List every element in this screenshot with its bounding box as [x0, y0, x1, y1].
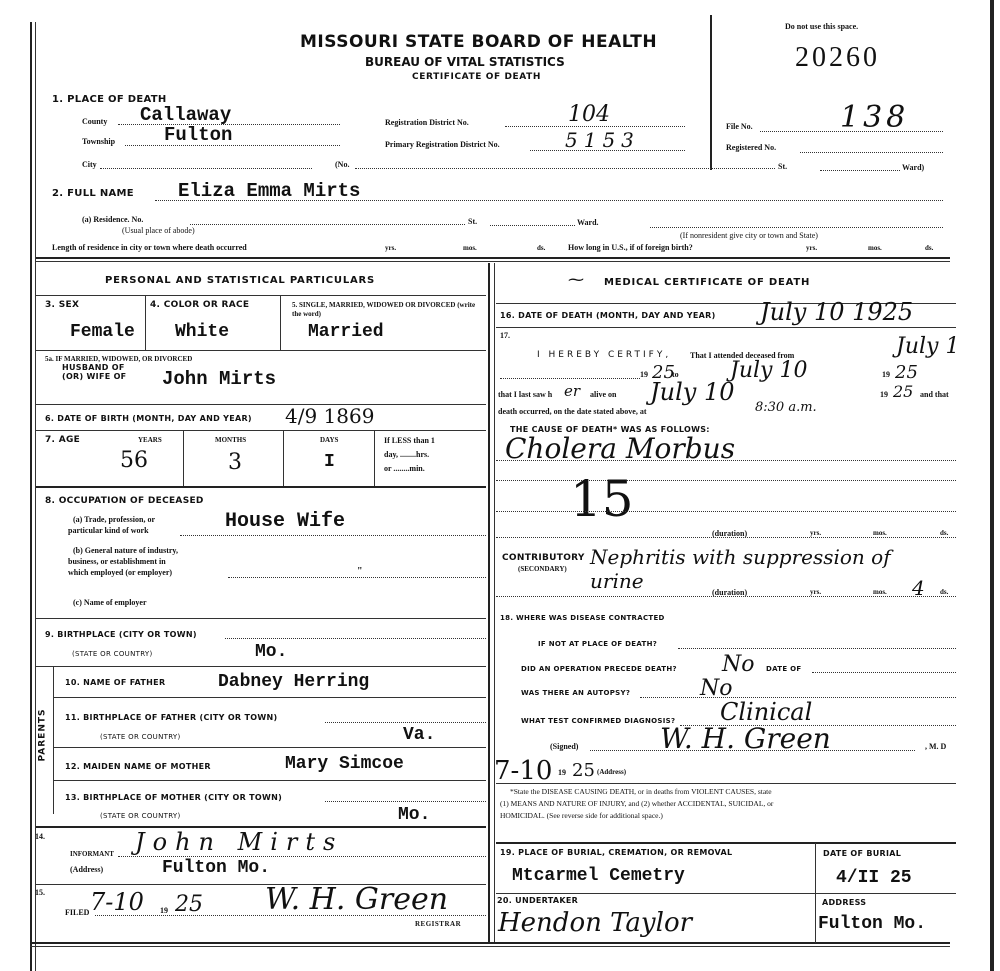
- contributory-mos: mos.: [873, 588, 887, 596]
- certify-text: I HEREBY CERTIFY,: [537, 350, 671, 360]
- left-border-inner: [35, 22, 36, 971]
- industry-label-2: business, or establishment in: [68, 557, 166, 566]
- rule-age: [36, 486, 486, 488]
- rule-spouse: [36, 404, 486, 405]
- rule-dob: [36, 430, 486, 431]
- county-label: County: [82, 117, 107, 126]
- birthplace-label: 9. BIRTHPLACE (CITY OR TOWN): [45, 630, 197, 639]
- contributory-duration-line: [496, 596, 956, 597]
- footnote-1: *State the DISEASE CAUSING DEATH, or in …: [510, 787, 772, 796]
- operation-value: No: [722, 652, 755, 677]
- last-saw-year-prefix: 19: [880, 390, 888, 399]
- medical-check-mark: ⁓: [568, 270, 584, 289]
- residence-sub: (Usual place of abode): [122, 226, 195, 235]
- not-at-place-line: [678, 648, 956, 649]
- rule-burial: [496, 893, 956, 894]
- primary-reg-label: Primary Registration District No.: [385, 140, 500, 149]
- last-saw-date: July 10: [650, 378, 734, 406]
- residence-line: [190, 224, 465, 225]
- header-divider: [710, 15, 712, 170]
- township-line: [125, 145, 340, 146]
- contracted-label: 18. WHERE WAS DISEASE CONTRACTED: [500, 614, 665, 622]
- full-name-label: 2. FULL NAME: [52, 188, 134, 199]
- last-saw-label: that I last saw h: [498, 390, 552, 399]
- attended-from: July 1: [896, 334, 959, 359]
- rule-mother: [54, 780, 486, 781]
- informant-address-label: (Address): [70, 865, 103, 874]
- dob-label: 6. DATE OF BIRTH (MONTH, DAY AND YEAR): [45, 414, 252, 423]
- reserved-note: Do not use this space.: [785, 22, 858, 31]
- attended-to: July 10: [730, 358, 807, 383]
- mother-bp-label: 13. BIRTHPLACE OF MOTHER (CITY OR TOWN): [65, 793, 282, 802]
- nonresident-line: [650, 227, 943, 228]
- spouse-value: John Mirts: [162, 368, 276, 390]
- footnote-3: HOMICIDAL. (See reverse side for additio…: [500, 811, 663, 820]
- personal-section-title: PERSONAL AND STATISTICAL PARTICULARS: [105, 275, 375, 286]
- father-bp-label: 11. BIRTHPLACE OF FATHER (CITY OR TOWN): [65, 713, 277, 722]
- informant-line: [118, 856, 486, 857]
- industry-line: [228, 577, 486, 578]
- employer-label: (c) Name of employer: [73, 598, 147, 607]
- last-saw-year: 25: [893, 382, 913, 401]
- city-no-label: (No.: [335, 160, 349, 169]
- cause-value: Cholera Morbus: [505, 432, 735, 465]
- cause-duration-note: 15: [570, 470, 634, 528]
- birthplace-state-label: (STATE OR COUNTRY): [72, 650, 153, 658]
- race-label: 4. COLOR OR RACE: [150, 300, 249, 310]
- dob-value: 4/9 1869: [285, 404, 374, 428]
- date-of-label: DATE OF: [766, 665, 802, 673]
- contributory-ds: ds.: [940, 588, 948, 596]
- form-title: MISSOURI STATE BOARD OF HEALTH: [300, 32, 657, 52]
- filed-label: FILED: [65, 908, 89, 917]
- cause-line-3: [496, 511, 956, 512]
- left-border: [30, 22, 32, 971]
- bottom-rule: [30, 942, 950, 944]
- residence-label: (a) Residence. No.: [82, 215, 143, 224]
- registrar-label: REGISTRAR: [415, 920, 461, 928]
- contributory-yrs: yrs.: [810, 588, 821, 596]
- contributory-label: CONTRIBUTORY: [502, 553, 585, 563]
- filed-year-prefix: 19: [160, 906, 168, 915]
- rule-birthplace: [36, 666, 486, 667]
- city-label: City: [82, 160, 97, 169]
- burial-label: 19. PLACE OF BURIAL, CREMATION, OR REMOV…: [500, 848, 732, 857]
- age-div-2: [283, 431, 284, 486]
- birthplace-state-value: Mo.: [255, 642, 287, 662]
- rule-signed: [496, 783, 956, 784]
- race-value: White: [175, 322, 229, 342]
- filed-num: 15.: [35, 888, 45, 897]
- father-value: Dabney Herring: [218, 672, 369, 692]
- secondary-label: (SECONDARY): [518, 565, 567, 573]
- physician-signature: W. H. Green: [660, 722, 831, 755]
- birthplace-line: [225, 638, 486, 639]
- form-subtitle: BUREAU OF VITAL STATISTICS: [365, 55, 565, 69]
- spouse-label-1: 5a. IF MARRIED, WIDOWED, OR DIVORCED: [45, 355, 192, 363]
- signed-address-label: (Address): [597, 768, 626, 776]
- less-label-1: If LESS than 1: [384, 436, 435, 445]
- dod-label: 16. DATE OF DEATH (MONTH, DAY AND YEAR): [500, 311, 716, 320]
- occupation-label: 8. OCCUPATION OF DECEASED: [45, 496, 204, 506]
- undertaker-address-value: Fulton Mo.: [818, 914, 926, 934]
- burial-value: Mtcarmel Cemetry: [512, 866, 685, 886]
- industry-label-3: which employed (or employer): [68, 568, 172, 577]
- form-doc-type: CERTIFICATE OF DEATH: [412, 72, 541, 82]
- filed-date-value: 7-10: [90, 888, 144, 916]
- foreign-birth-label: How long in U.S., if of foreign birth?: [568, 243, 693, 252]
- race-marital-divider: [280, 296, 281, 350]
- to-year-prefix: 19: [882, 370, 890, 379]
- file-no-label: File No.: [726, 122, 753, 131]
- from-year-prefix: 19: [640, 370, 648, 379]
- last-saw-her: er: [564, 382, 580, 400]
- footnote-2: (1) MEANS AND NATURE OF INJURY, and (2) …: [500, 799, 773, 808]
- foreign-yrs: yrs.: [806, 244, 817, 252]
- months-label: MONTHS: [215, 436, 246, 444]
- cause-yrs: yrs.: [810, 529, 821, 537]
- industry-value: ": [357, 566, 363, 577]
- parents-divider: [53, 666, 54, 814]
- less-label-2: day, ........hrs.: [384, 450, 429, 459]
- informant-label: INFORMANT: [70, 850, 114, 858]
- mother-bp-line: [325, 801, 486, 802]
- reg-district-label: Registration District No.: [385, 118, 469, 127]
- county-value: Callaway: [140, 104, 231, 126]
- residence-ward-line: [490, 225, 575, 226]
- rule-footnote: [496, 842, 956, 844]
- not-at-place-label: IF NOT AT PLACE OF DEATH?: [538, 640, 657, 648]
- age-div-3: [374, 431, 375, 486]
- registered-no-line: [800, 152, 943, 153]
- marital-value: Married: [308, 322, 384, 342]
- registered-no-label: Registered No.: [726, 143, 776, 152]
- trade-line: [180, 535, 486, 536]
- center-divider: [488, 263, 490, 943]
- sex-label: 3. SEX: [45, 300, 79, 310]
- city-ward-label: Ward): [902, 163, 924, 172]
- cause-ds: ds.: [940, 529, 948, 537]
- trade-value: House Wife: [225, 510, 345, 533]
- length-mos: mos.: [463, 244, 477, 252]
- dod-value: July 10 1925: [760, 298, 913, 326]
- and-that-label: and that: [920, 390, 949, 399]
- undertaker-label: 20. UNDERTAKER: [497, 896, 578, 905]
- residence-ward-label: Ward.: [577, 218, 599, 227]
- father-bp-state-label: (STATE OR COUNTRY): [100, 733, 181, 741]
- days-value: I: [324, 452, 335, 472]
- mother-value: Mary Simcoe: [285, 754, 404, 774]
- years-label: YEARS: [138, 436, 162, 444]
- reg-district-value: 104: [568, 102, 610, 127]
- rule-dod: [496, 327, 956, 328]
- signed-year: 25: [572, 760, 595, 781]
- father-bp-state-value: Va.: [403, 725, 435, 745]
- sex-race-divider: [145, 296, 146, 350]
- age-div-1: [183, 431, 184, 486]
- from-line: [500, 378, 640, 379]
- rule-sex: [36, 350, 486, 351]
- township-label: Township: [82, 137, 115, 146]
- top-section-rule-2: [36, 261, 950, 262]
- occurred-label: death occurred, on the date stated above…: [498, 407, 647, 416]
- parents-side-label: PARENTS: [37, 709, 47, 762]
- father-label: 10. NAME OF FATHER: [65, 678, 165, 687]
- file-no-value: 138: [840, 100, 909, 135]
- contributory-value: Nephritis with suppression of urine: [590, 545, 950, 593]
- cause-mos: mos.: [873, 529, 887, 537]
- city-no-line: [355, 168, 775, 169]
- to-year: 25: [895, 362, 918, 383]
- length-ds: ds.: [537, 244, 545, 252]
- years-value: 56: [120, 448, 148, 473]
- top-section-rule: [36, 257, 950, 259]
- township-value: Fulton: [164, 124, 232, 146]
- informant-num: 14.: [35, 832, 45, 841]
- date-of-line: [812, 672, 956, 673]
- burial-date-label: DATE OF BURIAL: [823, 849, 901, 858]
- mother-label: 12. MAIDEN NAME OF MOTHER: [65, 762, 211, 771]
- industry-label-1: (b) General nature of industry,: [73, 546, 178, 555]
- age-label: 7. AGE: [45, 435, 80, 445]
- undertaker-value: Hendon Taylor: [498, 908, 692, 938]
- trade-label-2: particular kind of work: [68, 526, 149, 535]
- mother-bp-state-label: (STATE OR COUNTRY): [100, 812, 181, 820]
- alive-label: alive on: [590, 390, 616, 399]
- medical-section-title: MEDICAL CERTIFICATE OF DEATH: [604, 277, 810, 288]
- item-17: 17.: [500, 331, 510, 340]
- mother-bp-state-value: Mo.: [398, 805, 430, 825]
- autopsy-label: WAS THERE AN AUTOPSY?: [521, 689, 630, 697]
- sex-value: Female: [70, 322, 135, 342]
- days-label: DAYS: [320, 436, 338, 444]
- md-label: , M. D: [925, 742, 946, 751]
- rule-father: [54, 697, 486, 698]
- burial-date-value: 4/II 25: [836, 868, 912, 888]
- trade-label-1: (a) Trade, profession, or: [73, 515, 155, 524]
- foreign-mos: mos.: [868, 244, 882, 252]
- rule-father-bp: [54, 747, 486, 748]
- residence-st-label: St.: [468, 217, 477, 226]
- signed-label: (Signed): [550, 742, 578, 751]
- months-value: 3: [228, 450, 242, 475]
- informant-value: John Mirts: [135, 828, 343, 856]
- filed-year-value: 25: [175, 892, 203, 917]
- certificate-number: 20260: [795, 42, 880, 74]
- death-time: 8:30 a.m.: [755, 400, 817, 415]
- foreign-ds: ds.: [925, 244, 933, 252]
- primary-reg-value: 5153: [565, 128, 640, 152]
- bottom-rule-2: [30, 946, 950, 947]
- contributory-duration-mos: 4: [912, 576, 925, 600]
- length-residence-label: Length of residence in city or town wher…: [52, 243, 247, 252]
- operation-label: DID AN OPERATION PRECEDE DEATH?: [521, 665, 677, 673]
- signed-year-prefix: 19: [558, 768, 566, 777]
- cause-duration-line: [496, 537, 956, 538]
- father-bp-line: [325, 722, 486, 723]
- spouse-label-2: HUSBAND OF: [62, 363, 125, 372]
- signed-date: 7-10: [494, 756, 552, 786]
- nonresident-note: (If nonresident give city or town and St…: [680, 231, 818, 240]
- full-name-value: Eliza Emma Mirts: [178, 180, 360, 202]
- less-label-3: or ........min.: [384, 464, 425, 473]
- registrar-signature: W. H. Green: [265, 882, 448, 917]
- marital-label: 5. SINGLE, MARRIED, WIDOWED OR DIVORCED …: [292, 301, 477, 319]
- rule-personal-title: [36, 295, 486, 296]
- spouse-label-3: (OR) WIFE OF: [62, 372, 126, 381]
- rule-occupation: [36, 618, 486, 619]
- city-ward-line: [820, 170, 900, 171]
- cause-line-2: [496, 480, 956, 481]
- center-divider-2: [494, 263, 495, 943]
- length-yrs: yrs.: [385, 244, 396, 252]
- test-label: WHAT TEST CONFIRMED DIAGNOSIS?: [521, 717, 675, 725]
- city-line: [100, 168, 312, 169]
- informant-address-value: Fulton Mo.: [162, 858, 270, 878]
- city-st-label: St.: [778, 162, 787, 171]
- right-border: [990, 0, 994, 971]
- undertaker-address-label: ADDRESS: [822, 898, 866, 907]
